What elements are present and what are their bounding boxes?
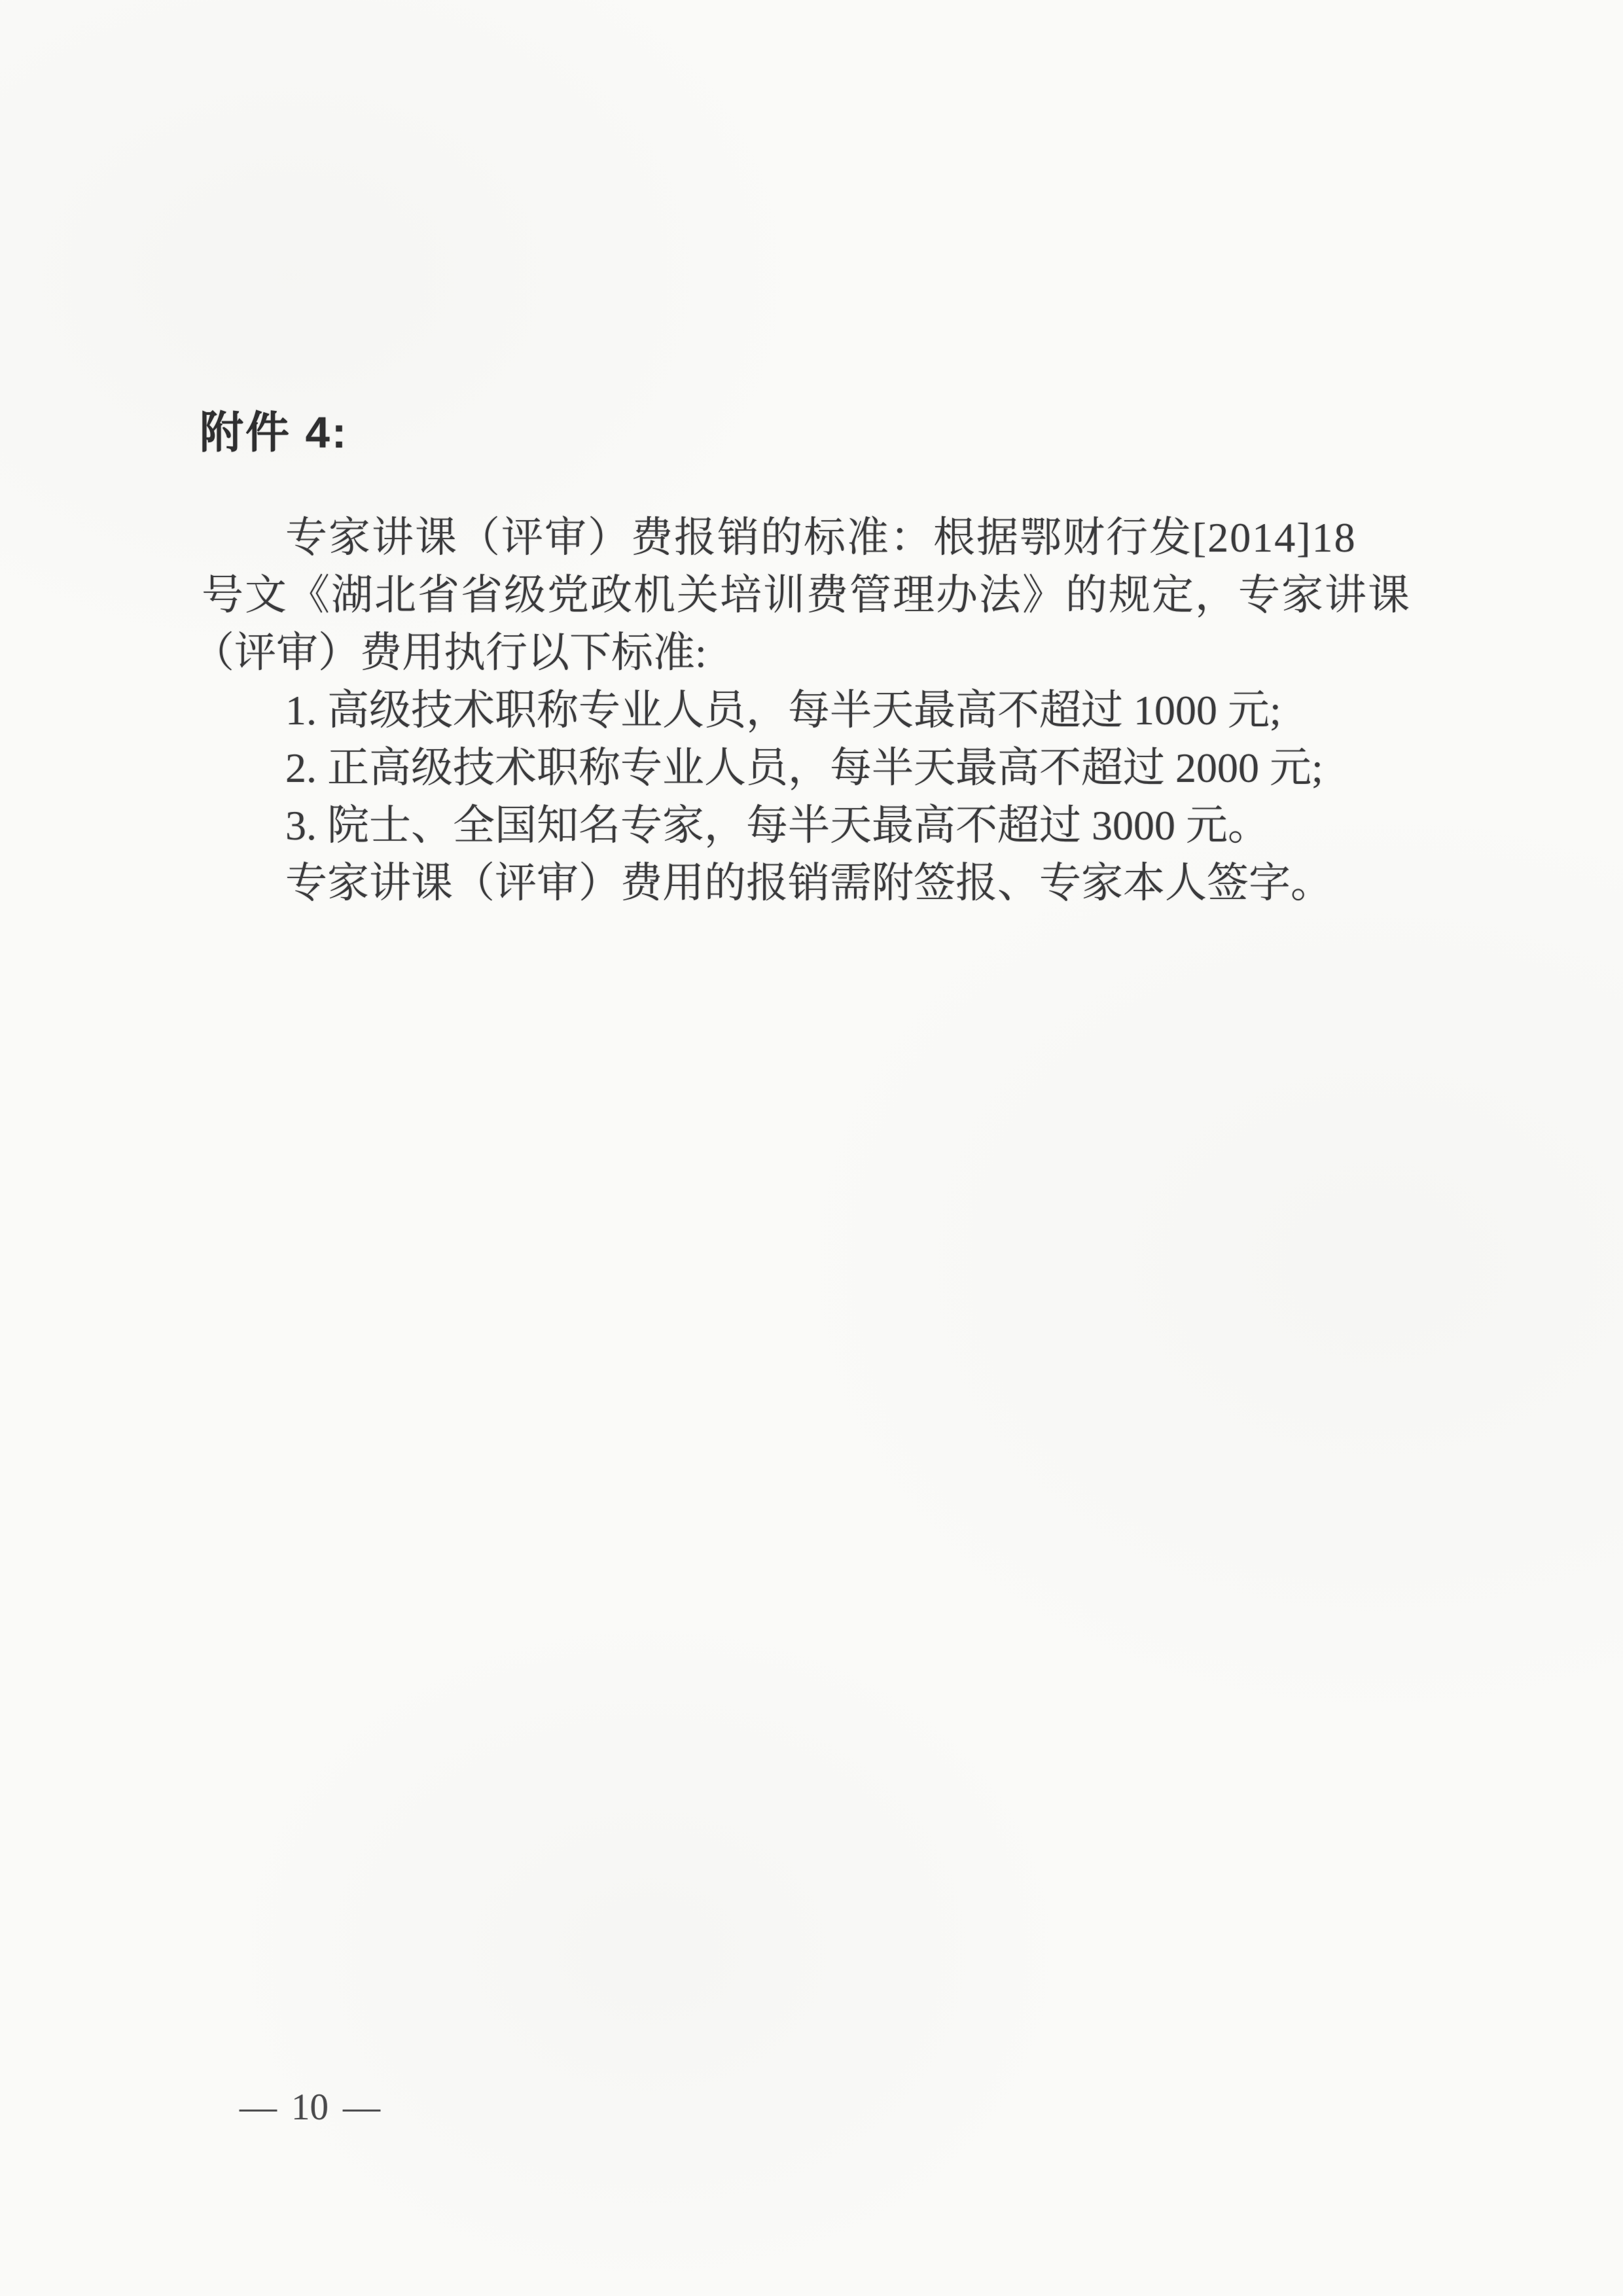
body-line-6: 3. 院士、全国知名专家，每半天最高不超过 3000 元。	[202, 797, 1419, 855]
body-line-5: 2. 正高级技术职称专业人员，每半天最高不超过 2000 元;	[202, 739, 1419, 797]
page-number: 10	[291, 2087, 329, 2128]
page-footer: —10—	[240, 2086, 380, 2128]
body-line-4: 1. 高级技术职称专业人员，每半天最高不超过 1000 元;	[202, 682, 1419, 739]
document-body: 专家讲课（评审）费报销的标准：根据鄂财行发[2014]18 号文《湖北省省级党政…	[202, 509, 1419, 912]
body-line-3: （评审）费用执行以下标准:	[192, 624, 1419, 682]
attachment-heading: 附件 4:	[200, 398, 348, 461]
scanned-document-page: 附件 4: 专家讲课（评审）费报销的标准：根据鄂财行发[2014]18 号文《湖…	[0, 0, 1623, 2296]
body-line-1: 专家讲课（评审）费报销的标准：根据鄂财行发[2014]18	[202, 509, 1419, 567]
footer-left-dash: —	[240, 2087, 277, 2128]
body-line-7: 专家讲课（评审）费用的报销需附签报、专家本人签字。	[202, 855, 1419, 912]
footer-right-dash: —	[343, 2087, 380, 2128]
body-line-2: 号文《湖北省省级党政机关培训费管理办法》的规定，专家讲课	[202, 567, 1419, 624]
